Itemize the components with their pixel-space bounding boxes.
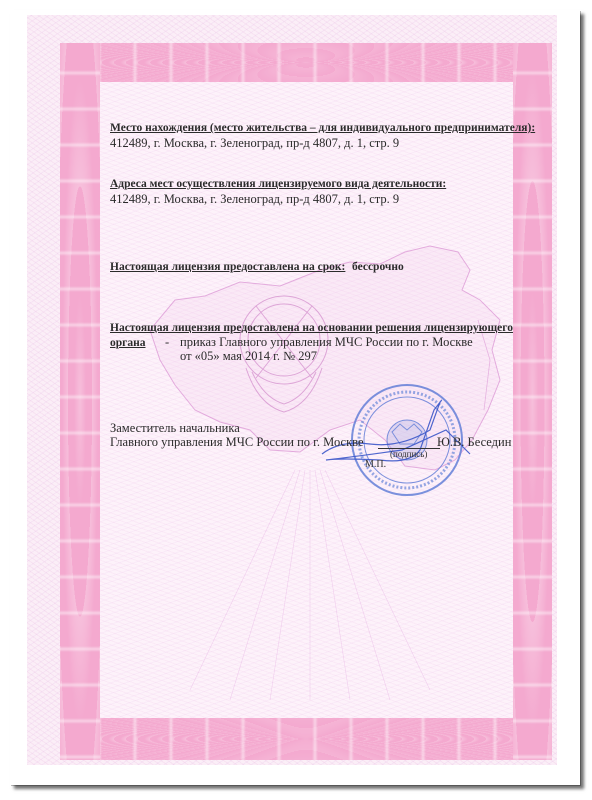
basis-dash: - xyxy=(165,335,169,350)
decorative-border-bottom xyxy=(60,718,552,760)
signature-caption: (подпись) xyxy=(390,449,427,459)
stamp-label: М.П. xyxy=(365,459,386,470)
location-value: 412489, г. Москва, г. Зеленоград, пр-д 4… xyxy=(110,136,399,151)
basis-heading-line2: органа xyxy=(110,337,146,349)
signer-name: Ю.В. Беседин xyxy=(437,435,511,450)
activity-address-value: 412489, г. Москва, г. Зеленоград, пр-д 4… xyxy=(110,192,399,207)
decorative-border-left xyxy=(60,43,100,760)
signer-position-line1: Заместитель начальника xyxy=(110,421,240,436)
term-value: бессрочно xyxy=(352,261,404,273)
basis-heading-line1: Настоящая лицензия предоставлена на осно… xyxy=(110,322,513,334)
location-heading: Место нахождения (место жительства – для… xyxy=(110,122,535,134)
basis-order-line2: от «05» мая 2014 г. № 297 xyxy=(180,349,317,364)
basis-order-line1: приказ Главного управления МЧС России по… xyxy=(180,335,473,350)
decorative-border-right xyxy=(513,43,552,760)
activity-address-heading: Адреса мест осуществления лицензируемого… xyxy=(110,178,446,190)
term-heading: Настоящая лицензия предоставлена на срок… xyxy=(110,261,345,273)
decorative-border-top xyxy=(60,43,552,82)
signer-position-line2: Главного управления МЧС России по г. Мос… xyxy=(110,435,364,450)
